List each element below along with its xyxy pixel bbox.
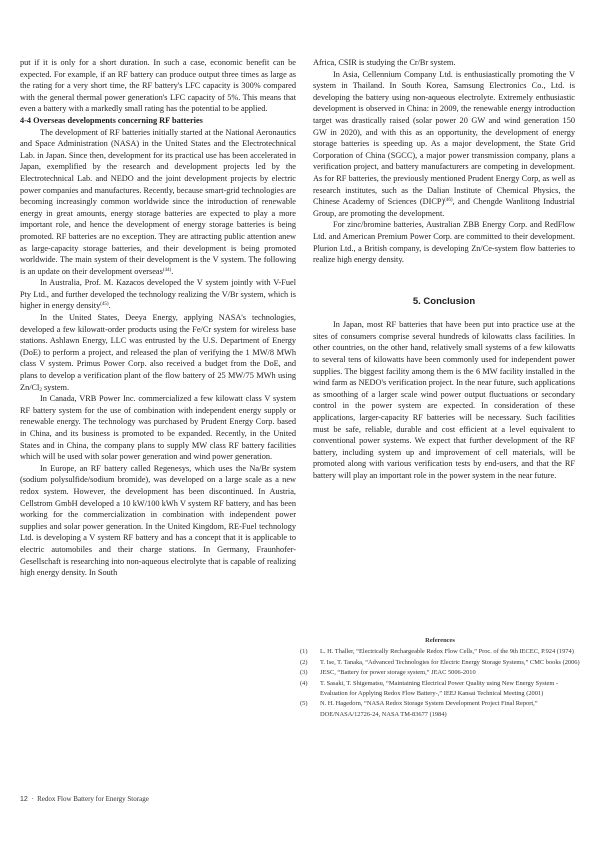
citation-ref: (46) xyxy=(444,198,452,203)
paragraph: In Canada, VRB Power Inc. commercialized… xyxy=(20,393,296,463)
left-column: put if it is only for a short duration. … xyxy=(20,57,296,579)
reference-text: N. H. Hagedorn, “NASA Redox Storage Syst… xyxy=(320,699,580,720)
page-footer: 12 · Redox Flow Battery for Energy Stora… xyxy=(20,795,149,803)
subsection-heading: 4-4 Overseas developments concerning RF … xyxy=(20,115,296,127)
reference-number: (2) xyxy=(300,658,320,668)
reference-text: T. Sasaki, T. Shigematsu, “Maintaining E… xyxy=(320,679,580,700)
reference-item: (4) T. Sasaki, T. Shigematsu, “Maintaini… xyxy=(300,679,580,700)
footer-separator: · xyxy=(31,795,33,803)
paragraph: In Europe, an RF battery called Regenesy… xyxy=(20,463,296,579)
page-number: 12 xyxy=(20,796,28,803)
paragraph: Africa, CSIR is studying the Cr/Br syste… xyxy=(313,57,575,69)
paragraph: In Australia, Prof. M. Kazacos developed… xyxy=(20,277,296,312)
reference-number: (4) xyxy=(300,679,320,700)
citation-ref: (45) xyxy=(100,302,108,307)
paragraph: In the United States, Deeya Energy, appl… xyxy=(20,312,296,393)
paragraph: In Japan, most RF batteries that have be… xyxy=(313,319,575,481)
reference-item: (2) T. Ise, T. Tanaka, “Advanced Technol… xyxy=(300,658,580,668)
reference-number: (1) xyxy=(300,647,320,657)
references-title: References xyxy=(300,636,580,646)
reference-text: JESC, “Battery for power storage system,… xyxy=(320,668,580,678)
citation-ref: (44) xyxy=(163,268,171,273)
paragraph: put if it is only for a short duration. … xyxy=(20,57,296,115)
section-title: 5. Conclusion xyxy=(313,296,575,308)
paragraph: The development of RF batteries initiall… xyxy=(20,127,296,278)
references: References (1) L. H. Thaller, “Electrica… xyxy=(300,636,580,720)
reference-text: L. H. Thaller, “Electrically Rechargeabl… xyxy=(320,647,580,657)
right-column: Africa, CSIR is studying the Cr/Br syste… xyxy=(313,57,575,482)
reference-item: (3) JESC, “Battery for power storage sys… xyxy=(300,668,580,678)
reference-item: (1) L. H. Thaller, “Electrically Recharg… xyxy=(300,647,580,657)
reference-number: (5) xyxy=(300,699,320,720)
publication-title: Redox Flow Battery for Energy Storage xyxy=(37,795,149,803)
reference-item: (5) N. H. Hagedorn, “NASA Redox Storage … xyxy=(300,699,580,720)
paragraph: For zinc/bromine batteries, Australian Z… xyxy=(313,219,575,265)
reference-number: (3) xyxy=(300,668,320,678)
reference-text: T. Ise, T. Tanaka, “Advanced Technologie… xyxy=(320,658,580,668)
paragraph: In Asia, Cellennium Company Ltd. is enth… xyxy=(313,69,575,220)
